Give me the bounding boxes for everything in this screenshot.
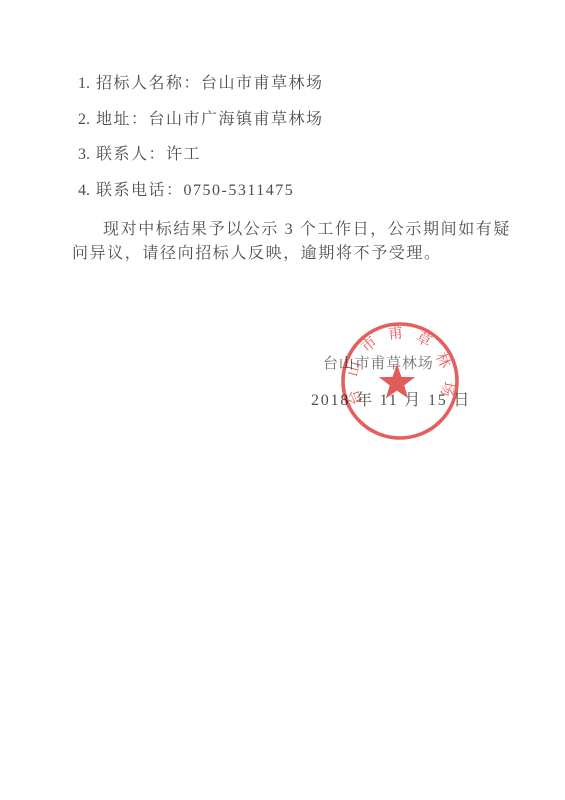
list-item-contact-phone: 4.联系电话：0750-5311475 xyxy=(78,181,294,201)
list-item-address: 2.地址：台山市广海镇甫草林场 xyxy=(78,110,324,130)
document-page: 1.招标人名称：台山市甫草林场 2.地址：台山市广海镇甫草林场 3.联系人：许工… xyxy=(0,0,565,800)
notice-paragraph-line-2: 问异议，请径向招标人反映，逾期将不予受理。 xyxy=(72,244,442,264)
star-icon xyxy=(379,364,415,398)
list-item-number: 1. xyxy=(78,74,90,94)
list-item-bidder-name: 1.招标人名称：台山市甫草林场 xyxy=(78,74,324,94)
list-item-text: 招标人名称：台山市甫草林场 xyxy=(96,75,324,92)
list-item-contact-person: 3.联系人：许工 xyxy=(78,145,201,165)
seal-arc-text: 台山市甫草林场 xyxy=(344,324,457,407)
official-seal-stamp: 台山市甫草林场 xyxy=(334,316,466,448)
list-item-text: 联系电话：0750-5311475 xyxy=(96,182,294,199)
list-item-number: 4. xyxy=(78,181,90,201)
notice-paragraph-line-1: 现对中标结果予以公示 3 个工作日，公示期间如有疑 xyxy=(103,220,511,240)
list-item-text: 地址：台山市广海镇甫草林场 xyxy=(96,111,324,128)
list-item-number: 2. xyxy=(78,110,90,130)
list-item-text: 联系人：许工 xyxy=(96,146,201,163)
list-item-number: 3. xyxy=(78,145,90,165)
